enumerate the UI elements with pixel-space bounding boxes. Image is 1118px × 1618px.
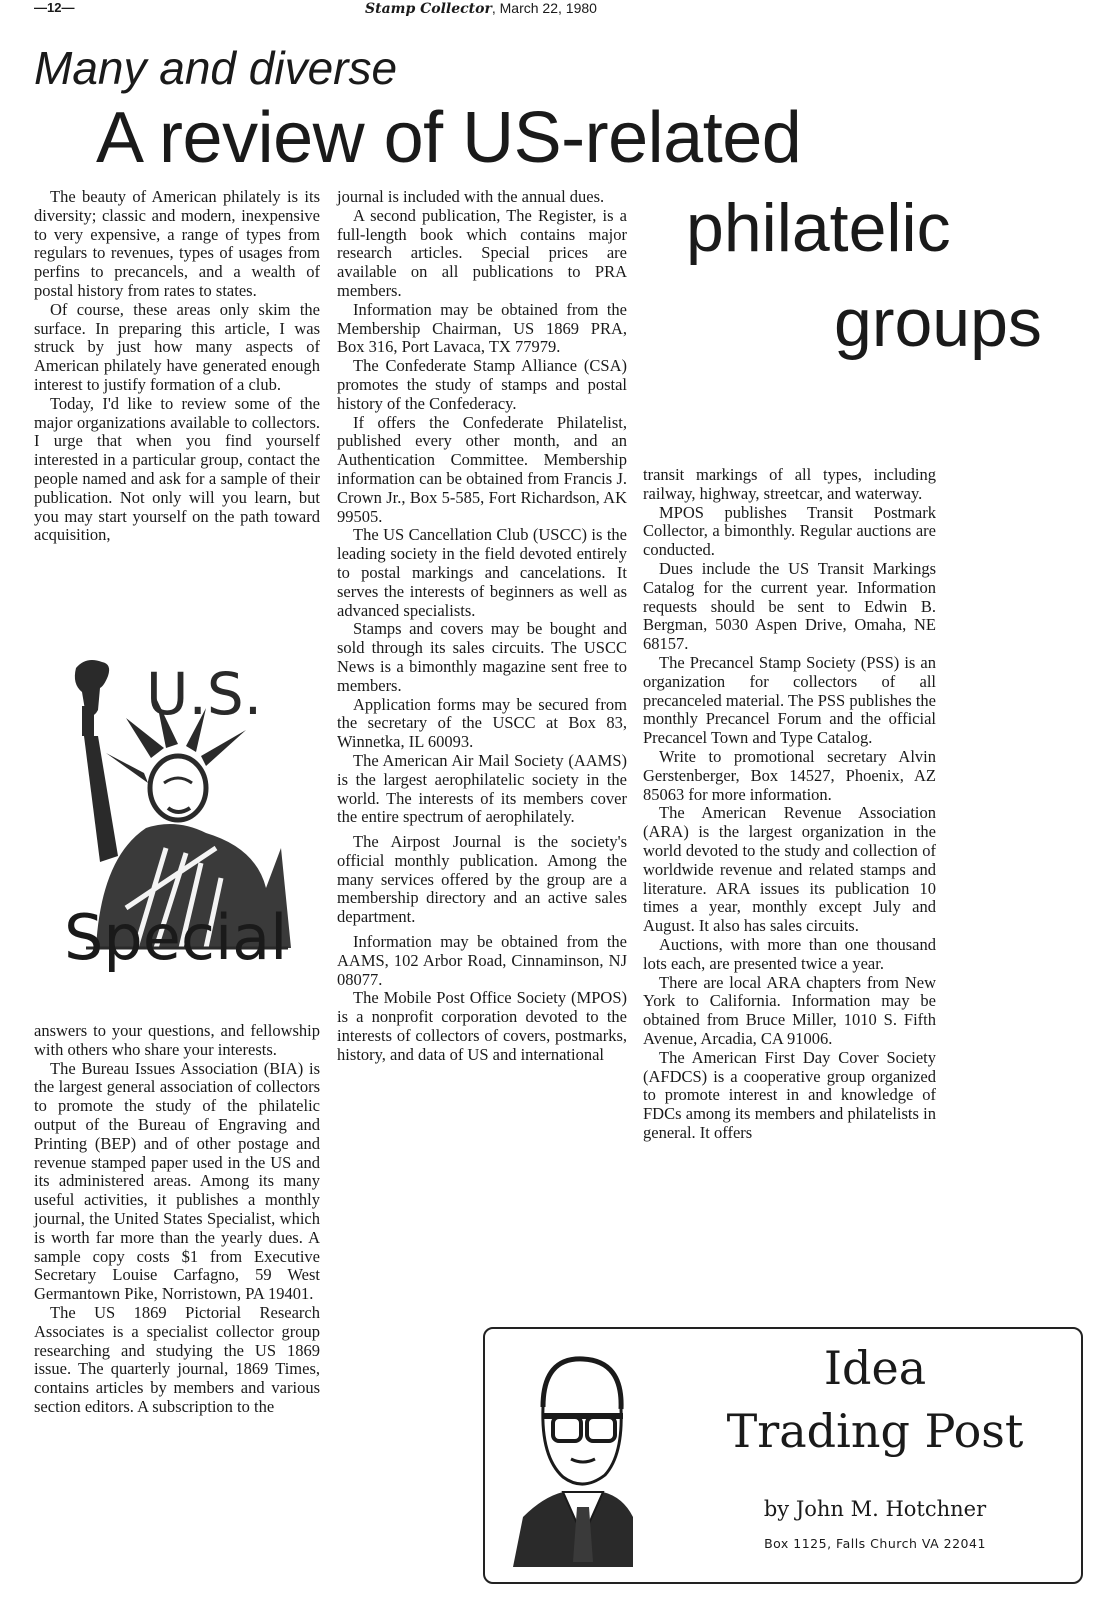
- paragraph: transit markings of all types, including…: [643, 466, 936, 504]
- us-label: U.S.: [146, 664, 262, 724]
- paragraph: journal is included with the annual dues…: [337, 188, 627, 207]
- paragraph: Stamps and covers may be bought and sold…: [337, 620, 627, 695]
- author-portrait-icon: [513, 1347, 633, 1567]
- article-column-1-top: The beauty of American philately is its …: [34, 188, 320, 545]
- paragraph: The American Revenue Association (ARA) i…: [643, 804, 936, 936]
- column-title-line-2: Trading Post: [685, 1404, 1065, 1458]
- special-label: Special: [64, 898, 287, 978]
- headline-line-3: groups: [834, 285, 1042, 361]
- paragraph: There are local ARA chapters from New Yo…: [643, 974, 936, 1049]
- page-number: —12—: [34, 0, 74, 15]
- author-byline: by John M. Hotchner: [685, 1497, 1065, 1521]
- paragraph: Application forms may be secured from th…: [337, 696, 627, 752]
- paragraph: Of course, these areas only skim the sur…: [34, 301, 320, 395]
- paragraph: MPOS publishes Transit Postmark Collecto…: [643, 504, 936, 560]
- paragraph: Auctions, with more than one thousand lo…: [643, 936, 936, 974]
- article-column-3: transit markings of all types, including…: [643, 466, 936, 1143]
- paragraph: If offers the Confederate Philatelist, p…: [337, 414, 627, 527]
- headline-line-2: philatelic: [686, 190, 951, 266]
- us-special-illustration: U.S. Special: [56, 648, 296, 988]
- paragraph: The US Cancellation Club (USCC) is the l…: [337, 526, 627, 620]
- headline-line-1: A review of US-related: [96, 98, 801, 178]
- paragraph: The American First Day Cover Society (AF…: [643, 1049, 936, 1143]
- paragraph: The Bureau Issues Association (BIA) is t…: [34, 1060, 320, 1304]
- paragraph: Information may be obtained from the AAM…: [337, 933, 627, 989]
- paragraph: The Mobile Post Office Society (MPOS) is…: [337, 989, 627, 1064]
- paragraph: A second publication, The Register, is a…: [337, 207, 627, 301]
- author-address: Box 1125, Falls Church VA 22041: [685, 1536, 1065, 1551]
- paragraph: Dues include the US Transit Markings Cat…: [643, 560, 936, 654]
- paragraph: The American Air Mail Society (AAMS) is …: [337, 752, 627, 827]
- masthead: Stamp Collector, March 22, 1980: [365, 0, 597, 17]
- idea-trading-post-box: Idea Trading Post by John M. Hotchner Bo…: [483, 1327, 1083, 1584]
- paragraph: The beauty of American philately is its …: [34, 188, 320, 301]
- paragraph: The Precancel Stamp Society (PSS) is an …: [643, 654, 936, 748]
- publication-name: Stamp Collector: [365, 1, 492, 17]
- article-column-1-bottom: answers to your questions, and fellowshi…: [34, 1022, 320, 1417]
- paragraph: The Airpost Journal is the society's off…: [337, 833, 627, 927]
- headline-kicker: Many and diverse: [34, 40, 397, 96]
- issue-date: , March 22, 1980: [492, 0, 597, 16]
- paragraph: Write to promotional secretary Alvin Ger…: [643, 748, 936, 804]
- paragraph: Information may be obtained from the Mem…: [337, 301, 627, 357]
- column-title-line-1: Idea: [685, 1341, 1065, 1395]
- paragraph: The US 1869 Pictorial Research Associate…: [34, 1304, 320, 1417]
- article-column-2: journal is included with the annual dues…: [337, 188, 627, 1065]
- paragraph: The Confederate Stamp Alliance (CSA) pro…: [337, 357, 627, 413]
- paragraph: answers to your questions, and fellowshi…: [34, 1022, 320, 1060]
- paragraph: Today, I'd like to review some of the ma…: [34, 395, 320, 545]
